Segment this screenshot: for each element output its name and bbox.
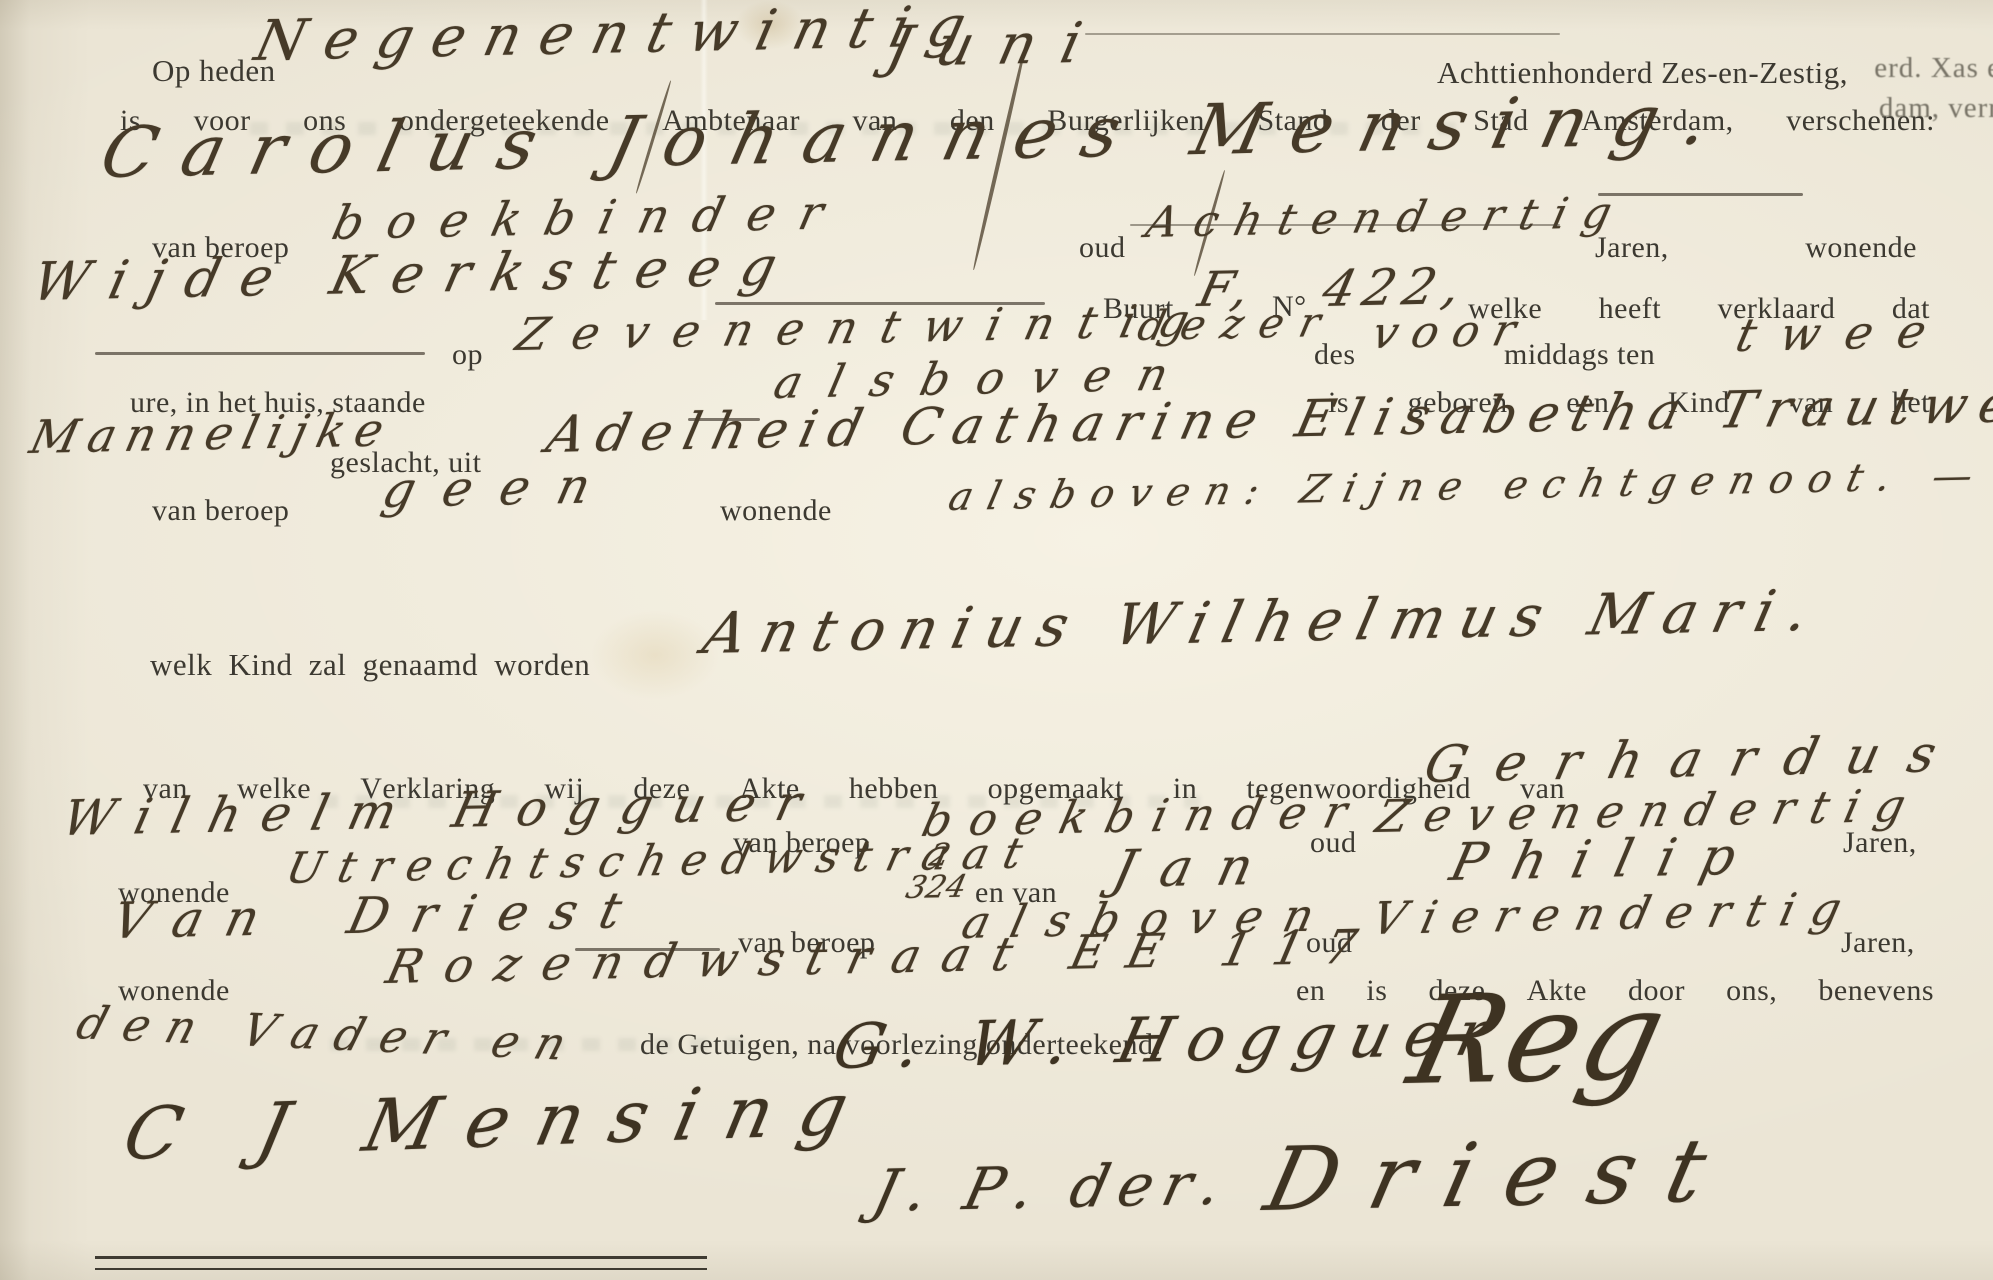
fill-rule bbox=[1085, 33, 1560, 35]
hw-mother-occupation: geen bbox=[378, 461, 623, 515]
hw-witness1-name: Wilhelm Hogguer bbox=[58, 778, 827, 843]
hw-birth-day: Zevenentwintig bbox=[512, 298, 1218, 357]
hw-house-floor: 2 bbox=[926, 841, 953, 871]
hw-mother-name: Adelheid Catharine Elisabetha Trautwein. bbox=[542, 377, 1993, 461]
hw-day-of-month: Negenentwintig bbox=[250, 0, 989, 70]
hw-dezer: dezer bbox=[1134, 302, 1340, 347]
printed-jaren-wonende: Jaren, wonende bbox=[1595, 231, 1917, 264]
signature-witness2-prefix: J. P. der. bbox=[868, 1155, 1237, 1220]
hw-declarant-address: Wijde Kerksteeg bbox=[28, 240, 802, 309]
printed-wonende-1: wonende bbox=[720, 494, 832, 527]
birth-record-scan: erd. Xas e dam, verr Op heden Negenentwi… bbox=[0, 0, 1993, 1280]
hw-witness1-house-number: 2 324 bbox=[903, 841, 977, 904]
hw-month: Juni bbox=[882, 15, 1112, 76]
hw-birth-hour: twee bbox=[1732, 308, 1956, 358]
printed-jaren-1: Jaren, bbox=[1843, 826, 1917, 859]
fill-rule bbox=[1130, 224, 1560, 226]
bottom-rule bbox=[95, 1256, 707, 1270]
bleed-fragment-1: erd. Xas e bbox=[1874, 52, 1993, 85]
hw-den-vader: den Vader en bbox=[72, 1000, 588, 1067]
hw-declarant-age: Achtendertig bbox=[1142, 192, 1632, 245]
hw-child-name: Antonius Wilhelmus Mari. bbox=[698, 583, 1828, 663]
printed-van-beroep-2: van beroep bbox=[152, 494, 289, 527]
signature-father: C J Mensing bbox=[118, 1072, 881, 1170]
printed-oud-1: oud bbox=[1079, 231, 1126, 264]
printed-op: op bbox=[452, 338, 483, 371]
signature-flourish: Reg bbox=[1400, 975, 1677, 1102]
printed-middags-ten: middags ten bbox=[1504, 338, 1655, 371]
hw-house-no: 324 bbox=[903, 873, 969, 904]
ink-dash bbox=[95, 352, 425, 355]
printed-jaren-2: Jaren, bbox=[1841, 926, 1915, 959]
printed-naming-label: welk Kind zal genaamd worden bbox=[150, 648, 590, 682]
hw-mother-address: alsboven: Zijne echtgenoot. — bbox=[945, 456, 1992, 517]
hw-witness2-age: Vierendertig bbox=[1368, 886, 1862, 941]
signature-witness2-name: Driest bbox=[1258, 1126, 1746, 1224]
printed-des: des bbox=[1314, 338, 1356, 371]
hw-declarant-name: Carolus Johannes Mensing. bbox=[95, 84, 1741, 188]
